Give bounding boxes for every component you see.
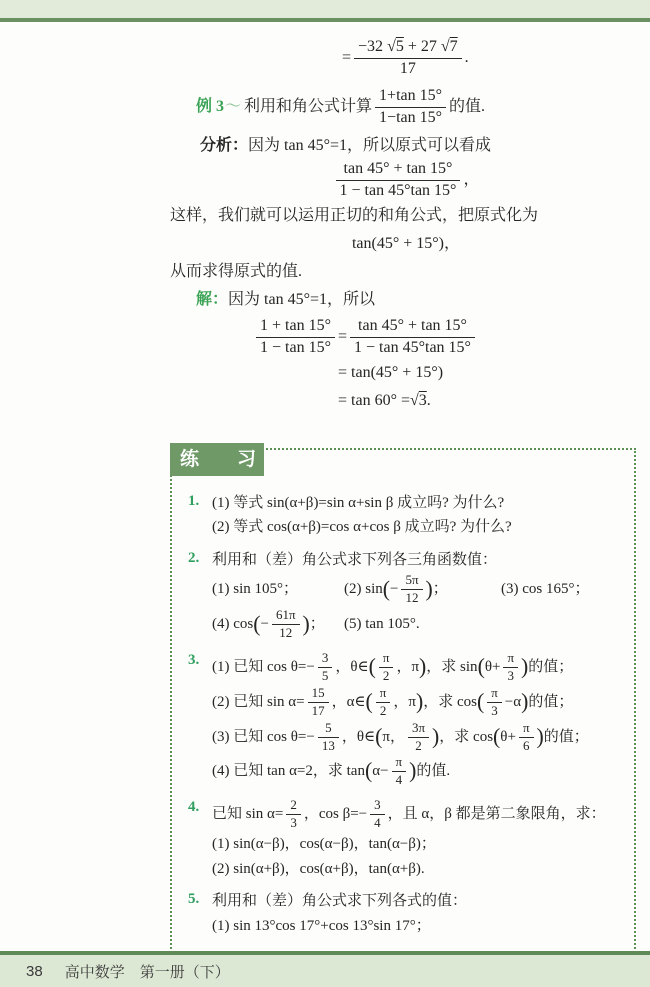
- fraction: −32 √5 + 27 √717: [354, 38, 462, 79]
- denominator: 17: [354, 59, 462, 79]
- numerator: −32 √5 + 27 √7: [354, 38, 462, 59]
- big-paren: (: [253, 614, 260, 636]
- numerator: π: [503, 651, 518, 668]
- equation-row: = tan(45° + 15°): [170, 361, 642, 386]
- fraction: 34: [370, 798, 385, 831]
- square-root: √5: [387, 38, 404, 55]
- exercise-line: (1) 等式 sin(α+β)=sin α+sin β 成立吗? 为什么?: [212, 492, 628, 515]
- exercise-column: (4) cos(−61π12)；: [212, 608, 344, 641]
- solve-paragraph: 解：因为 tan 45°=1，所以: [170, 288, 642, 313]
- numerator: tan 45° + tan 15°: [336, 160, 461, 181]
- exercise-body: 已知 sin α=23，cos β=−34，且 α，β 都是第二象限角，求：(1…: [212, 796, 628, 882]
- exercise-line: 利用和（差）角公式求下列各三角函数值：: [212, 549, 628, 572]
- fraction: 1517: [308, 686, 329, 719]
- result-formula: =−32 √5 + 27 √717.: [170, 38, 642, 79]
- textbook-page: =−32 √5 + 27 √717. 例 3～利用和角公式计算1+tan 15°…: [0, 0, 650, 987]
- exercise-item: 1.(1) 等式 sin(α+β)=sin α+sin β 成立吗? 为什么?(…: [188, 490, 628, 541]
- denominator: 1 − tan 45°tan 15°: [350, 338, 475, 358]
- fraction: π6: [519, 721, 534, 754]
- footer-band: 38 高中数学 第一册（下）: [0, 951, 650, 987]
- exercise-body: (1) 已知 cos θ=−35，θ∈(π2，π)，求 sin(θ+π3)的值；…: [212, 649, 628, 791]
- equation-row: 1 + tan 15°1 − tan 15° = tan 45° + tan 1…: [170, 317, 642, 358]
- solve-label: 解: [196, 291, 212, 308]
- numerator: 15: [308, 686, 329, 703]
- solve-text: 因为 tan 45°=1，所以: [228, 291, 375, 308]
- equation-rhs: = tan 45° + tan 15°1 − tan 45°tan 15°: [338, 317, 478, 358]
- denominator: 3: [487, 703, 502, 719]
- transition-paragraph: 这样，我们就可以运用正切的和角公式，把原式化为: [170, 204, 642, 229]
- big-paren: (: [477, 689, 484, 713]
- exercise-number: 4.: [188, 796, 212, 882]
- numerator: 2: [286, 798, 301, 815]
- big-paren: (: [375, 724, 382, 748]
- analysis-text: 因为 tan 45°=1，所以原式可以看成: [248, 137, 491, 154]
- fraction: 35: [318, 651, 333, 684]
- fraction: 1 + tan 15°1 − tan 15°: [256, 317, 335, 358]
- top-green-band: [0, 0, 650, 22]
- big-paren: ): [432, 724, 439, 748]
- numerator: π: [519, 721, 534, 738]
- numerator: tan 45° + tan 15°: [350, 317, 475, 338]
- exercise-line: (1) 已知 cos θ=−35，θ∈(π2，π)，求 sin(θ+π3)的值；: [212, 651, 628, 684]
- exercise-column: (1) sin 105°；: [212, 578, 344, 601]
- fraction: tan 45° + tan 15°1 − tan 45°tan 15°: [350, 317, 475, 358]
- exercise-number: 1.: [188, 490, 212, 541]
- radicand: 7: [450, 38, 458, 55]
- exercise-line: (2) 已知 sin α=1517，α∈(π2，π)，求 cos(π3−α)的值…: [212, 686, 628, 719]
- exercise-body: (1) 等式 sin(α+β)=sin α+sin β 成立吗? 为什么?(2)…: [212, 490, 628, 541]
- tan-sum-formula: tan(45° + 15°)，: [170, 232, 642, 257]
- footer-page-number: 38: [26, 963, 43, 980]
- denominator: 4: [370, 815, 385, 831]
- exercise-line: (1) sin 105°；(2) sin(−5π12)；(3) cos 165°…: [212, 573, 628, 606]
- big-paren: (: [366, 689, 373, 713]
- numerator: 1 + tan 15°: [256, 317, 335, 338]
- analysis-paragraph: 分析：因为 tan 45°=1，所以原式可以看成: [170, 134, 642, 159]
- exercise-column: (5) tan 105°.: [344, 613, 501, 636]
- denominator: 2: [408, 738, 429, 754]
- exercise-body: 利用和（差）角公式求下列各三角函数值：(1) sin 105°；(2) sin(…: [212, 547, 628, 643]
- footer-book-title: 高中数学 第一册（下）: [65, 961, 230, 982]
- denominator: 2: [379, 668, 394, 684]
- big-paren: ): [419, 654, 426, 678]
- denominator: 13: [318, 738, 339, 754]
- fraction: tan 45° + tan 15°1 − tan 45°tan 15°: [336, 160, 461, 201]
- example3-paragraph: 例 3～利用和角公式计算1+tan 15°1−tan 15°的值.: [170, 87, 642, 128]
- big-paren: ): [521, 654, 528, 678]
- exercise-line: 已知 sin α=23，cos β=−34，且 α，β 都是第二象限角，求：: [212, 798, 628, 831]
- conclusion-paragraph: 从而求得原式的值.: [170, 260, 642, 285]
- numerator: 3: [318, 651, 333, 668]
- fraction: 513: [318, 721, 339, 754]
- exercise-body: 利用和（差）角公式求下列各式的值：(1) sin 13°cos 17°+cos …: [212, 888, 628, 939]
- solve-colon: ：: [212, 291, 228, 308]
- numerator: 3: [370, 798, 385, 815]
- fraction: 3π2: [408, 721, 429, 754]
- squiggle-mark: ～: [225, 98, 241, 115]
- equation-block: 1 + tan 15°1 − tan 15° = tan 45° + tan 1…: [170, 317, 642, 413]
- exercise-number: 5.: [188, 888, 212, 939]
- equation-row: = tan 60° = √3.: [170, 389, 642, 414]
- numerator: 3π: [408, 721, 429, 738]
- numerator: 5: [318, 721, 339, 738]
- fraction: 23: [286, 798, 301, 831]
- exercise-line: (4) 已知 tan α=2，求 tan(α−π4)的值.: [212, 755, 628, 788]
- exercise-items: 1.(1) 等式 sin(α+β)=sin α+sin β 成立吗? 为什么?(…: [188, 490, 628, 940]
- exercise-line: (1) sin(α−β)，cos(α−β)，tan(α−β)；: [212, 833, 628, 856]
- denominator: 1−tan 15°: [375, 108, 446, 128]
- numerator: π: [487, 686, 502, 703]
- denominator: 12: [401, 590, 422, 606]
- big-paren: ): [537, 724, 544, 748]
- fraction: π3: [487, 686, 502, 719]
- exercise-line: 利用和（差）角公式求下列各式的值：: [212, 890, 628, 913]
- numerator: π: [392, 755, 407, 772]
- fraction: π2: [376, 686, 391, 719]
- denominator: 4: [392, 772, 407, 788]
- exercise-title: 练习: [170, 443, 264, 476]
- exercise-line: (4) cos(−61π12)；(5) tan 105°.: [212, 608, 628, 641]
- denominator: 17: [308, 703, 329, 719]
- radicand: 3: [419, 392, 427, 409]
- square-root: √3: [410, 389, 427, 414]
- exercise-item: 3.(1) 已知 cos θ=−35，θ∈(π2，π)，求 sin(θ+π3)的…: [188, 649, 628, 791]
- numerator: π: [379, 651, 394, 668]
- denominator: 1 − tan 45°tan 15°: [336, 181, 461, 201]
- fraction: 1+tan 15°1−tan 15°: [375, 87, 446, 128]
- numerator: 61π: [272, 608, 300, 625]
- exercise-item: 2.利用和（差）角公式求下列各三角函数值：(1) sin 105°；(2) si…: [188, 547, 628, 643]
- analysis-colon: ：: [232, 137, 248, 154]
- big-paren: ): [426, 579, 433, 601]
- big-paren: (: [365, 759, 372, 783]
- denominator: 1 − tan 15°: [256, 338, 335, 358]
- exercise-line: (2) 等式 cos(α+β)=cos α+cos β 成立吗? 为什么?: [212, 516, 628, 539]
- exercise-number: 3.: [188, 649, 212, 791]
- tan-fraction-formula: tan 45° + tan 15°1 − tan 45°tan 15°，: [170, 160, 642, 201]
- numerator: π: [376, 686, 391, 703]
- big-paren: ): [303, 614, 310, 636]
- exercise-box: 练习 1.(1) 等式 sin(α+β)=sin α+sin β 成立吗? 为什…: [170, 448, 636, 958]
- denominator: 3: [503, 668, 518, 684]
- big-paren: (: [478, 654, 485, 678]
- fraction: π4: [392, 755, 407, 788]
- fraction: π2: [379, 651, 394, 684]
- numerator: 1+tan 15°: [375, 87, 446, 108]
- exercise-column: (3) cos 165°；: [501, 578, 589, 601]
- denominator: 12: [272, 625, 300, 641]
- analysis-label: 分析: [200, 137, 232, 154]
- big-paren: (: [369, 654, 376, 678]
- equation-rhs: = tan(45° + 15°): [338, 361, 443, 386]
- fraction: 5π12: [401, 573, 422, 606]
- page-content: =−32 √5 + 27 √717. 例 3～利用和角公式计算1+tan 15°…: [170, 38, 642, 957]
- exercise-line: (2) sin(α+β)，cos(α+β)，tan(α+β).: [212, 858, 628, 881]
- exercise-column: (2) sin(−5π12)；: [344, 573, 501, 606]
- square-root: √7: [441, 38, 458, 55]
- fraction: π3: [503, 651, 518, 684]
- exercise-item: 5.利用和（差）角公式求下列各式的值：(1) sin 13°cos 17°+co…: [188, 888, 628, 939]
- big-paren: ): [409, 759, 416, 783]
- exercise-line: (3) 已知 cos θ=−513，θ∈(π，3π2)，求 cos(θ+π6)的…: [212, 721, 628, 754]
- equation-rhs: = tan 60° = √3.: [338, 389, 431, 414]
- exercise-line: (1) sin 13°cos 17°+cos 13°sin 17°；: [212, 915, 628, 938]
- big-paren: ): [416, 689, 423, 713]
- example3-label: 例 3: [196, 98, 224, 115]
- exercise-number: 2.: [188, 547, 212, 643]
- equation-lhs: 1 + tan 15°1 − tan 15°: [170, 317, 338, 358]
- exercise-item: 4.已知 sin α=23，cos β=−34，且 α，β 都是第二象限角，求：…: [188, 796, 628, 882]
- fraction: 61π12: [272, 608, 300, 641]
- big-paren: ): [521, 689, 528, 713]
- radicand: 5: [396, 38, 404, 55]
- big-paren: (: [493, 724, 500, 748]
- example3-text: 利用和角公式计算1+tan 15°1−tan 15°的值.: [244, 98, 485, 115]
- denominator: 3: [286, 815, 301, 831]
- denominator: 5: [318, 668, 333, 684]
- big-paren: (: [383, 579, 390, 601]
- denominator: 6: [519, 738, 534, 754]
- numerator: 5π: [401, 573, 422, 590]
- denominator: 2: [376, 703, 391, 719]
